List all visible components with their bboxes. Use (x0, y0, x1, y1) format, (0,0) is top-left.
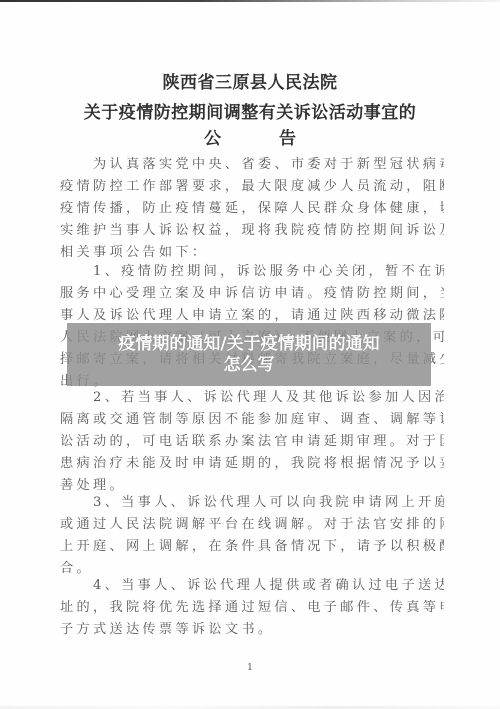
text-line: 4、当事人、诉讼代理人提供或者确认过电子送达地 (60, 575, 444, 597)
text-line: 上开庭、网上调解，在条件具备情况下，请予以积极配 (60, 536, 444, 558)
paragraph-item-3: 3、当事人、诉讼代理人可以向我院申请网上开庭， 或通过人民法院调解平台在线调解。… (60, 492, 444, 580)
top-edge-shadow (0, 0, 500, 2)
text-line: 1、疫情防控期间，诉讼服务中心关闭，暂不在诉讼 (60, 261, 444, 283)
paragraph-item-4: 4、当事人、诉讼代理人提供或者确认过电子送达地 址的，我院将优先选择通过短信、电… (60, 575, 444, 641)
notice-title: 关于疫情防控期间调整有关诉讼活动事宜的 (0, 98, 500, 123)
page-number: 1 (0, 663, 500, 673)
text-line: 患病治疗未能及时申请延期的，我院将根据情况予以妥 (60, 453, 444, 475)
article-title-overlay[interactable]: 疫情期的通知/关于疫情期间的通知 怎么写 (67, 323, 431, 386)
text-line: 疫情防控工作部署要求，最大限度减少人员流动，阻断 (60, 176, 444, 198)
text-line: 疫情传播，防止疫情蔓延，保障人民群众身体健康，切 (60, 198, 444, 220)
notice-type: 公告 (0, 124, 500, 149)
text-line: 实维护当事人诉讼权益，现将我院疫情防控期间诉讼及 (60, 220, 444, 242)
notice-type-char-2: 告 (279, 124, 296, 149)
document-page: 陕西省三原县人民法院 关于疫情防控期间调整有关诉讼活动事宜的 公告 为认真落实党… (0, 0, 500, 709)
text-line: 址的，我院将优先选择通过短信、电子邮件、传真等电 (60, 597, 444, 619)
notice-type-char-1: 公 (204, 124, 221, 149)
text-line: 子方式送达传票等诉讼文书。 (60, 619, 444, 641)
text-line: 为认真落实党中央、省委、市委对于新型冠状病毒 (60, 154, 444, 176)
text-line: 3、当事人、诉讼代理人可以向我院申请网上开庭， (60, 492, 444, 514)
paragraph-intro: 为认真落实党中央、省委、市委对于新型冠状病毒 疫情防控工作部署要求，最大限度减少… (60, 154, 444, 264)
overlay-title-line-1: 疫情期的通知/关于疫情期间的通知 (118, 334, 379, 355)
paragraph-item-2: 2、若当事人、诉讼代理人及其他诉讼参加人因治疗、 隔离或交通管制等原因不能参加庭… (60, 387, 444, 497)
overlay-title-line-2: 怎么写 (224, 355, 275, 376)
text-line: 隔离或交通管制等原因不能参加庭审、调查、调解等诉 (60, 409, 444, 431)
court-name: 陕西省三原县人民法院 (0, 68, 500, 93)
text-line: 服务中心受理立案及申诉信访申请。疫情防控期间，当 (60, 283, 444, 305)
text-line: 讼活动的，可电话联系办案法官申请延期审理。对于因 (60, 431, 444, 453)
text-line: 2、若当事人、诉讼代理人及其他诉讼参加人因治疗、 (60, 387, 444, 409)
text-line: 或通过人民法院调解平台在线调解。对于法官安排的网 (60, 514, 444, 536)
